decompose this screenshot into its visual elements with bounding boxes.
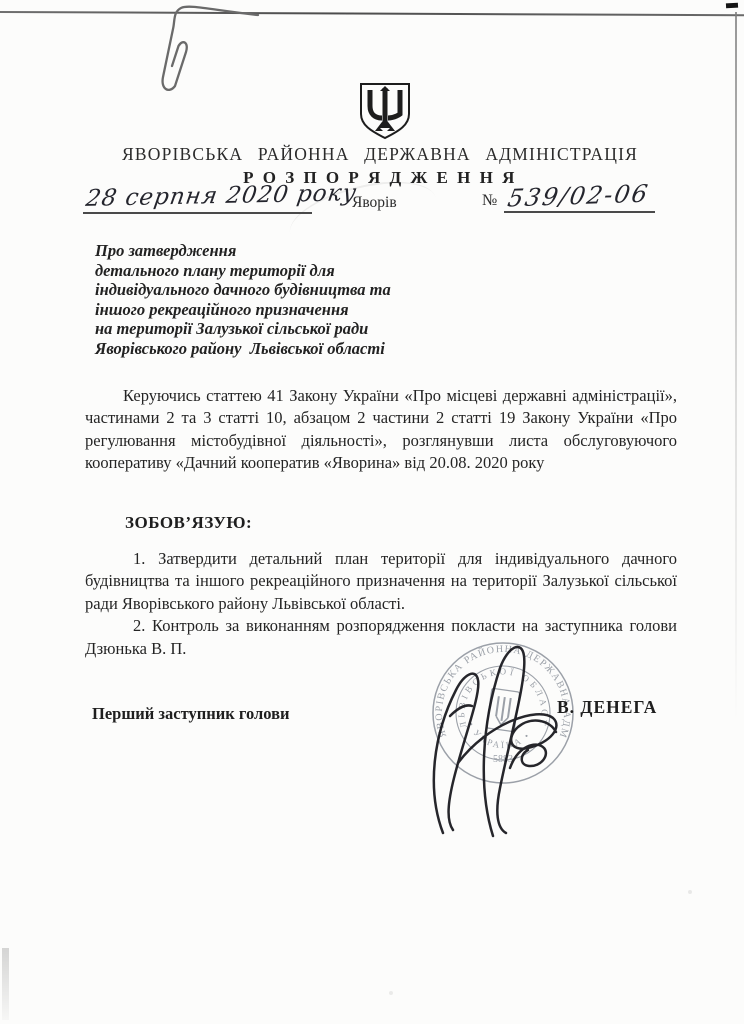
subject-line: на території Залузької сільської ради — [95, 319, 391, 339]
directive-item-1: 1. Затвердити детальний план території д… — [85, 548, 677, 615]
page-right-edge-line — [735, 12, 737, 722]
subject-block: Про затвердження детального плану терито… — [95, 241, 391, 358]
number-sign: № — [482, 192, 497, 210]
subject-line: Яворівського району Львівської області — [95, 339, 391, 359]
organization-name: ЯВОРІВСЬКА РАЙОННА ДЕРЖАВНА АДМІНІСТРАЦІ… — [8, 144, 744, 165]
preamble-paragraph: Керуючись статтею 41 Закону України «Про… — [85, 385, 677, 475]
handwritten-signature — [398, 628, 583, 840]
scan-speck — [389, 991, 393, 995]
subject-line: індивідуального дачного будівництва та — [95, 280, 391, 300]
date-underline — [83, 212, 312, 214]
paperclip-icon — [92, 0, 262, 100]
place-name: Яворів — [352, 194, 397, 212]
scan-streak — [2, 948, 9, 1020]
corner-scan-mark — [726, 3, 738, 9]
handwritten-document-number: 539/02-06 — [506, 179, 652, 212]
subject-line: іншого рекреаційного призначення — [95, 300, 391, 320]
subject-line: детального плану території для — [95, 261, 391, 281]
scanned-document-page: ЯВОРІВСЬКА РАЙОННА ДЕРЖАВНА АДМІНІСТРАЦІ… — [0, 0, 744, 1024]
resolve-word: ЗОБОВ’ЯЗУЮ: — [125, 513, 252, 533]
signer-position-title: Перший заступник голови — [92, 704, 290, 724]
subject-line: Про затвердження — [95, 241, 391, 261]
ukraine-trident-emblem-icon — [354, 81, 416, 141]
scan-speck — [688, 890, 692, 894]
